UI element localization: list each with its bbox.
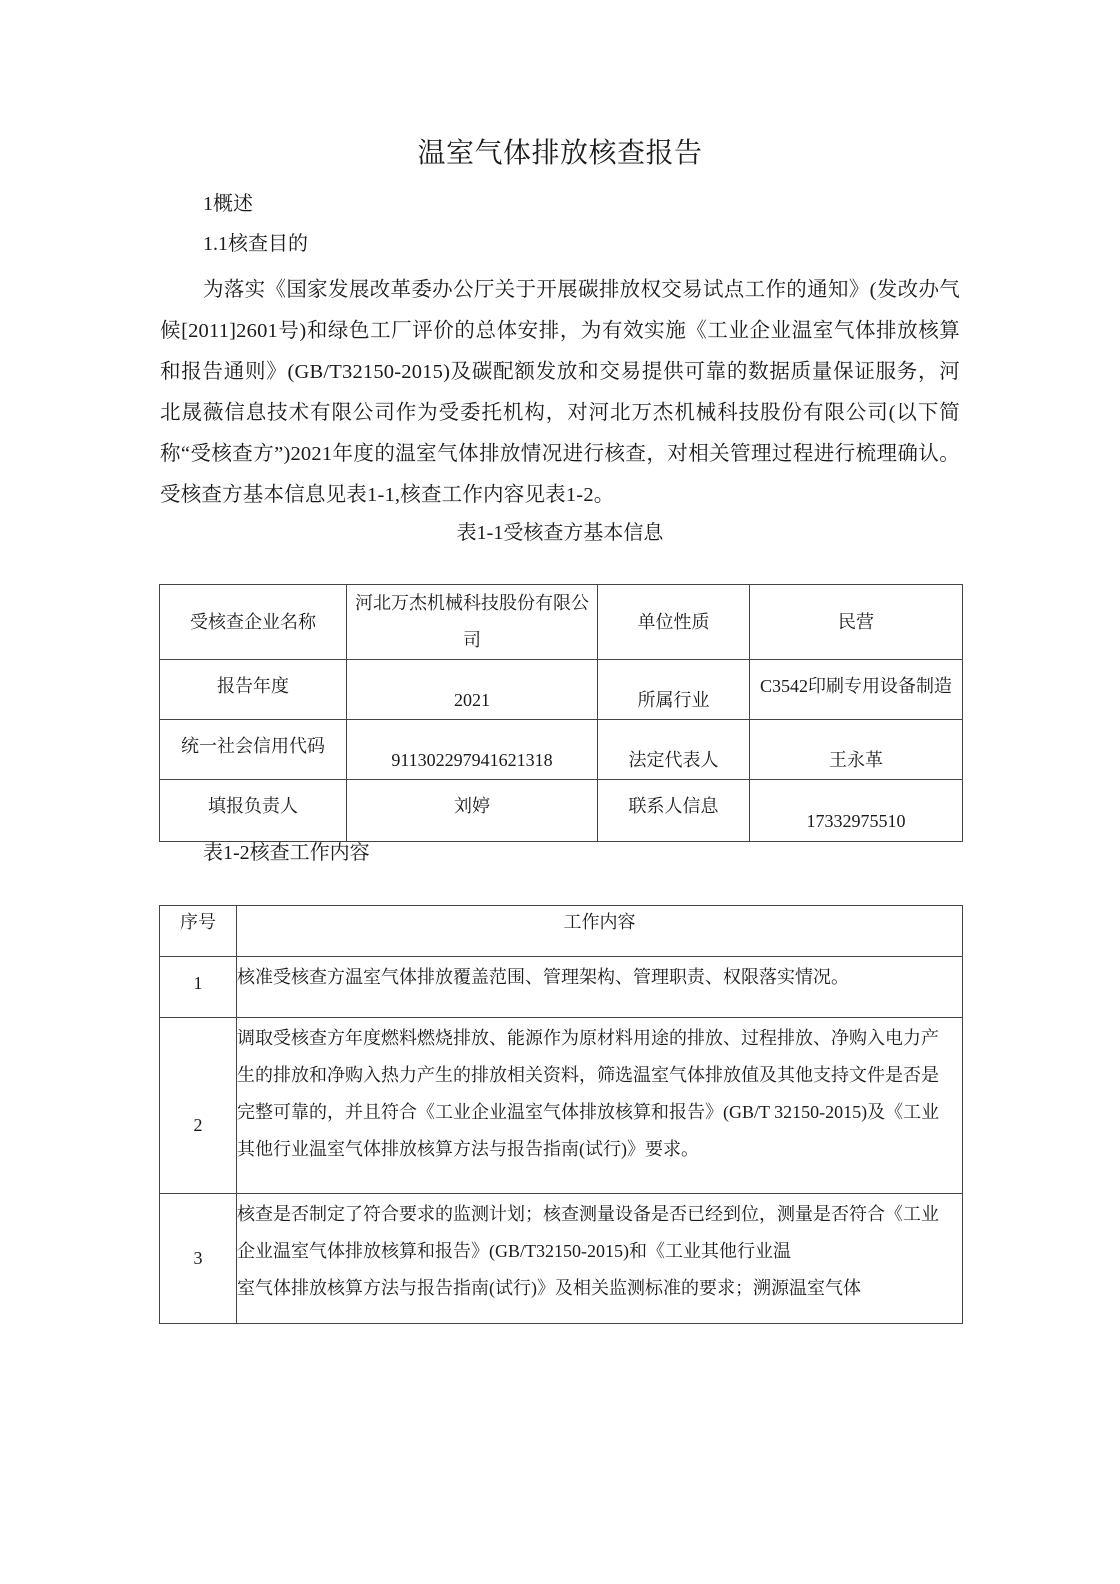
table-cell-value: 民营 bbox=[750, 585, 963, 660]
table-row: 统一社会信用代码 911302297941621318 法定代表人 王永革 bbox=[160, 720, 963, 780]
row-content: 核查是否制定了符合要求的监测计划；核查测量设备是否已经到位，测量是否符合《工业企… bbox=[237, 1194, 963, 1324]
row-content: 调取受核查方年度燃料燃烧排放、能源作为原材料用途的排放、过程排放、净购入电力产生… bbox=[237, 1018, 963, 1194]
table-cell-label: 单位性质 bbox=[598, 585, 750, 660]
table-cell-value: 17332975510 bbox=[750, 780, 963, 842]
table-row: 1 核准受核查方温室气体排放覆盖范围、管理架构、管理职责、权限落实情况。 bbox=[160, 957, 963, 1018]
row-number: 3 bbox=[160, 1194, 237, 1324]
document-title: 温室气体排放核查报告 bbox=[0, 134, 1120, 174]
row-content-line: 室气体排放核算方法与报告指南(试行)》及相关监测标准的要求；溯源温室气体 bbox=[237, 1270, 954, 1307]
row-content-line: 核查是否制定了符合要求的监测计划；核查测量设备是否已经到位，测量是否符合《工业企… bbox=[237, 1196, 954, 1270]
section-heading-1-1: 1.1核查目的 bbox=[203, 229, 308, 259]
column-header-content: 工作内容 bbox=[237, 906, 963, 957]
table1-caption: 表1-1受核查方基本信息 bbox=[0, 518, 1120, 548]
table-row: 3 核查是否制定了符合要求的监测计划；核查测量设备是否已经到位，测量是否符合《工… bbox=[160, 1194, 963, 1324]
table-cell-value: 王永革 bbox=[750, 720, 963, 780]
table-cell-value: 2021 bbox=[347, 660, 598, 720]
table-cell-label: 受核查企业名称 bbox=[160, 585, 347, 660]
table-cell-label: 报告年度 bbox=[160, 660, 347, 720]
table-cell-value: 911302297941621318 bbox=[347, 720, 598, 780]
table-cell-label: 统一社会信用代码 bbox=[160, 720, 347, 780]
auditee-info-table: 受核查企业名称 河北万杰机械科技股份有限公司 单位性质 民营 报告年度 2021… bbox=[159, 584, 963, 842]
table-cell-label: 所属行业 bbox=[598, 660, 750, 720]
row-content: 核准受核查方温室气体排放覆盖范围、管理架构、管理职责、权限落实情况。 bbox=[237, 957, 963, 1018]
table-cell-value: 河北万杰机械科技股份有限公司 bbox=[347, 585, 598, 660]
table-cell-value: 刘婷 bbox=[347, 780, 598, 842]
row-number: 1 bbox=[160, 957, 237, 1018]
table2-caption: 表1-2核查工作内容 bbox=[203, 838, 370, 868]
column-header-num: 序号 bbox=[160, 906, 237, 957]
section-heading-1: 1概述 bbox=[203, 189, 253, 219]
purpose-paragraph: 为落实《国家发展改革委办公厅关于开展碳排放权交易试点工作的通知》(发改办气候[2… bbox=[160, 270, 960, 516]
row-number: 2 bbox=[160, 1018, 237, 1194]
table-row: 报告年度 2021 所属行业 C3542印刷专用设备制造 bbox=[160, 660, 963, 720]
table-row: 2 调取受核查方年度燃料燃烧排放、能源作为原材料用途的排放、过程排放、净购入电力… bbox=[160, 1018, 963, 1194]
table-header-row: 序号 工作内容 bbox=[160, 906, 963, 957]
table-row: 填报负责人 刘婷 联系人信息 17332975510 bbox=[160, 780, 963, 842]
table-cell-label: 法定代表人 bbox=[598, 720, 750, 780]
table-cell-label: 联系人信息 bbox=[598, 780, 750, 842]
table-row: 受核查企业名称 河北万杰机械科技股份有限公司 单位性质 民营 bbox=[160, 585, 963, 660]
table-cell-label: 填报负责人 bbox=[160, 780, 347, 842]
audit-work-table: 序号 工作内容 1 核准受核查方温室气体排放覆盖范围、管理架构、管理职责、权限落… bbox=[159, 905, 963, 1324]
table-cell-value: C3542印刷专用设备制造 bbox=[750, 660, 963, 720]
